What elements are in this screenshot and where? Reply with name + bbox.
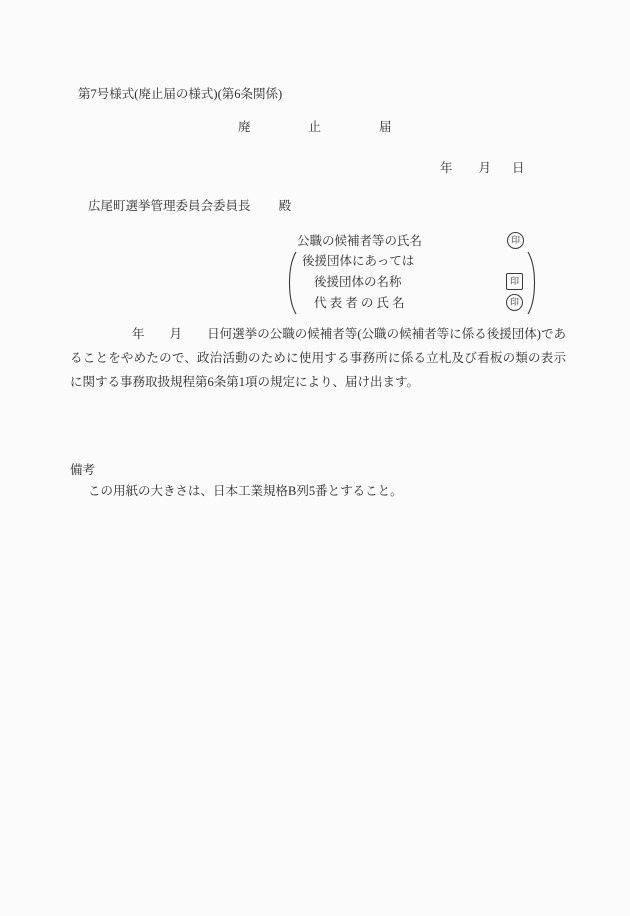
support-group-name-seal-icon: 印 (506, 273, 523, 290)
document-title: 廃止届 (238, 117, 450, 135)
date-month-label: 月 (479, 158, 492, 176)
support-group-condition-label: 後援団体にあっては (302, 251, 414, 269)
declaration-paragraph: 年 月 日何選挙の公職の候補者等(公職の候補者等に係る後援団体)であることをやめ… (70, 322, 566, 394)
support-group-condition-row: 後援団体にあっては (302, 250, 523, 270)
candidate-seal-icon: 印 (507, 232, 524, 249)
candidate-name-label: 公職の候補者等の氏名 (297, 231, 422, 249)
representative-seal-icon: 印 (506, 294, 523, 311)
representative-name-row: 代 表 者 の 氏 名 印 (302, 292, 523, 312)
left-bracket-icon (288, 251, 297, 315)
addressee-honorific: 殿 (279, 199, 292, 213)
notes-heading: 備考 (70, 460, 95, 478)
representative-name-label: 代 表 者 の 氏 名 (314, 293, 405, 311)
support-group-block: 後援団体にあっては 後援団体の名称 印 代 表 者 の 氏 名 印 (288, 250, 536, 316)
date-day-label: 日 (512, 158, 525, 176)
addressee-name: 広尾町選挙管理委員会委員長 (88, 199, 251, 213)
notes-item: この用紙の大きさは、日本工業規格B列5番とすること。 (88, 481, 403, 499)
support-group-name-label: 後援団体の名称 (314, 272, 402, 290)
date-line: 年 月 日 (440, 158, 525, 176)
support-group-name-row: 後援団体の名称 印 (302, 271, 523, 291)
right-bracket-icon (527, 251, 536, 315)
form-page: 第7号様式(廃止届の様式)(第6条関係) 廃止届 年 月 日 広尾町選挙管理委員… (0, 0, 630, 916)
candidate-name-line: 公職の候補者等の氏名 印 (297, 231, 524, 249)
date-year-label: 年 (440, 158, 453, 176)
form-number-label: 第7号様式(廃止届の様式)(第6条関係) (78, 84, 282, 102)
addressee-line: 広尾町選挙管理委員会委員長 殿 (88, 196, 291, 214)
